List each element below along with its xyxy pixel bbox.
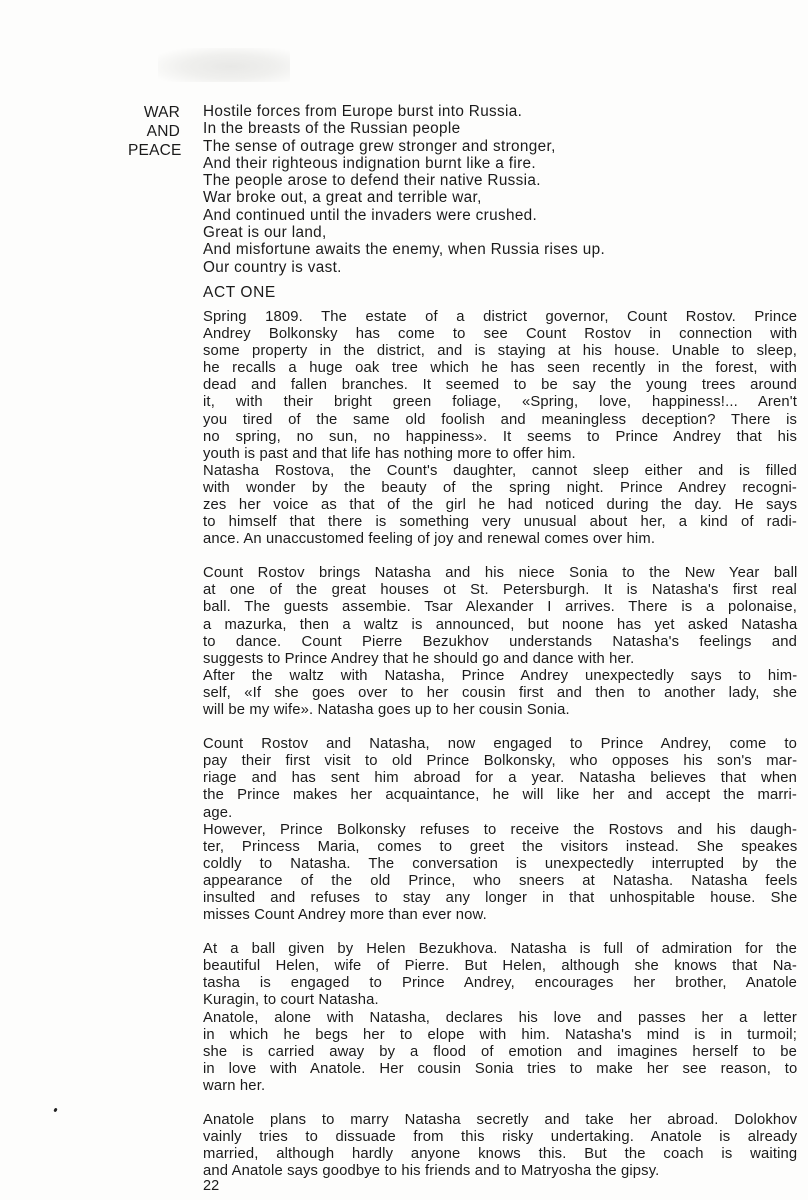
paragraph-line: youth is past and that life has nothing …	[203, 446, 797, 463]
paragraph-line: pay their first visit to old Prince Bolk…	[203, 753, 797, 770]
synopsis-paragraph: Natasha Rostova, the Count's daughter, c…	[203, 463, 797, 548]
synopsis-paragraph: Anatole plans to marry Natasha secretly …	[203, 1112, 797, 1180]
paragraph-line: beautiful Helen, wife of Pierre. But Hel…	[203, 958, 797, 975]
poem-line: Great is our land,	[203, 224, 797, 241]
paragraph-line: Spring 1809. The estate of a district go…	[203, 309, 797, 326]
paragraph-line: self, «If she goes over to her cousin fi…	[203, 685, 797, 702]
paragraph-line: insulted and refuses to stay any longer …	[203, 890, 797, 907]
paragraph-line: and Anatole says goodbye to his friends …	[203, 1163, 797, 1180]
paragraph-line: it, with their bright green foliage, «Sp…	[203, 394, 797, 411]
paragraph-line: Count Rostov brings Natasha and his niec…	[203, 565, 797, 582]
paragraph-line: ance. An unaccustomed feeling of joy and…	[203, 531, 797, 548]
paragraph-line: you tired of the same old foolish and me…	[203, 412, 797, 429]
poem-line: And their righteous indignation burnt li…	[203, 155, 797, 172]
paragraph-line: in which he begs her to elope with him. …	[203, 1027, 797, 1044]
paragraph-line: Count Rostov and Natasha, now engaged to…	[203, 736, 797, 753]
paragraph-line: zes her voice as that of the girl he had…	[203, 497, 797, 514]
ink-speck	[53, 1108, 58, 1113]
act-heading: ACT ONE	[203, 284, 797, 302]
paragraph-line: tasha is engaged to Prince Andrey, encou…	[203, 975, 797, 992]
page-number: 22	[203, 1178, 219, 1194]
synopsis: Spring 1809. The estate of a district go…	[203, 309, 797, 1180]
paragraph-line: After the waltz with Natasha, Prince And…	[203, 668, 797, 685]
paragraph-line: the Prince makes her acquaintance, he wi…	[203, 787, 797, 804]
paragraph-line: dead and fallen branches. It seemed to b…	[203, 377, 797, 394]
paragraph-line: However, Prince Bolkonsky refuses to rec…	[203, 822, 797, 839]
paragraph-line: Kuragin, to court Natasha.	[203, 992, 797, 1009]
poem-line: Our country is vast.	[203, 259, 797, 276]
synopsis-paragraph: Count Rostov brings Natasha and his niec…	[203, 565, 797, 668]
paragraph-line: ball. The guests assembie. Tsar Alexande…	[203, 599, 797, 616]
faded-image-smudge	[158, 48, 290, 82]
paragraph-line: misses Count Andrey more than ever now.	[203, 907, 797, 924]
poem-line: War broke out, a great and terrible war,	[203, 189, 797, 206]
side-title-word: AND	[128, 122, 180, 141]
paragraph-line: with wonder by the beauty of the spring …	[203, 480, 797, 497]
paragraph-line: married, although hardly anyone knows th…	[203, 1146, 797, 1163]
poem-line: And misfortune awaits the enemy, when Ru…	[203, 241, 797, 258]
paragraph-line: Natasha Rostova, the Count's daughter, c…	[203, 463, 797, 480]
synopsis-paragraph: Count Rostov and Natasha, now engaged to…	[203, 736, 797, 821]
paragraph-line: appearance of the old Prince, who sneers…	[203, 873, 797, 890]
paragraph-line: some property in the district, and is st…	[203, 343, 797, 360]
poem-line: Hostile forces from Europe burst into Ru…	[203, 103, 797, 120]
paragraph-line: suggests to Prince Andrey that he should…	[203, 651, 797, 668]
synopsis-paragraph: After the waltz with Natasha, Prince And…	[203, 668, 797, 719]
paragraph-line: Anatole plans to marry Natasha secretly …	[203, 1112, 797, 1129]
side-title-word: PEACE	[128, 141, 180, 160]
synopsis-paragraph: Anatole, alone with Natasha, declares hi…	[203, 1010, 797, 1095]
poem-line: The people arose to defend their native …	[203, 172, 797, 189]
paragraph-line: a mazurka, then a waltz is announced, bu…	[203, 617, 797, 634]
poem-line: And continued until the invaders were cr…	[203, 207, 797, 224]
paragraph-line: in love with Anatole. Her cousin Sonia t…	[203, 1061, 797, 1078]
paragraph-line: riage and has sent him abroad for a year…	[203, 770, 797, 787]
paragraph-line: At a ball given by Helen Bezukhova. Nata…	[203, 941, 797, 958]
side-title-word: WAR	[128, 103, 180, 122]
paragraph-line: vainly tries to dissuade from this risky…	[203, 1129, 797, 1146]
paragraph-line: to dance. Count Pierre Bezukhov understa…	[203, 634, 797, 651]
main-text-column: Hostile forces from Europe burst into Ru…	[203, 103, 797, 1180]
paragraph-line: Anatole, alone with Natasha, declares hi…	[203, 1010, 797, 1027]
paragraph-line: no spring, no sun, no happiness». It see…	[203, 429, 797, 446]
paragraph-line: Andrey Bolkonsky has come to see Count R…	[203, 326, 797, 343]
paragraph-line: she is carried away by a flood of emotio…	[203, 1044, 797, 1061]
synopsis-paragraph: At a ball given by Helen Bezukhova. Nata…	[203, 941, 797, 1009]
poem-line: The sense of outrage grew stronger and s…	[203, 138, 797, 155]
paragraph-line: age.	[203, 805, 797, 822]
synopsis-paragraph: However, Prince Bolkonsky refuses to rec…	[203, 822, 797, 925]
paragraph-line: he recalls a huge oak tree which he has …	[203, 360, 797, 377]
paragraph-line: coldly to Natasha. The conversation is u…	[203, 856, 797, 873]
paragraph-line: to himself that there is something very …	[203, 514, 797, 531]
side-title: WAR AND PEACE	[128, 103, 180, 160]
paragraph-line: warn her.	[203, 1078, 797, 1095]
prologue-poem: Hostile forces from Europe burst into Ru…	[203, 103, 797, 276]
paragraph-line: will be my wife». Natasha goes up to her…	[203, 702, 797, 719]
poem-line: In the breasts of the Russian people	[203, 120, 797, 137]
paragraph-line: ter, Princess Maria, comes to greet the …	[203, 839, 797, 856]
synopsis-paragraph: Spring 1809. The estate of a district go…	[203, 309, 797, 463]
paragraph-line: at one of the great houses ot St. Peters…	[203, 582, 797, 599]
